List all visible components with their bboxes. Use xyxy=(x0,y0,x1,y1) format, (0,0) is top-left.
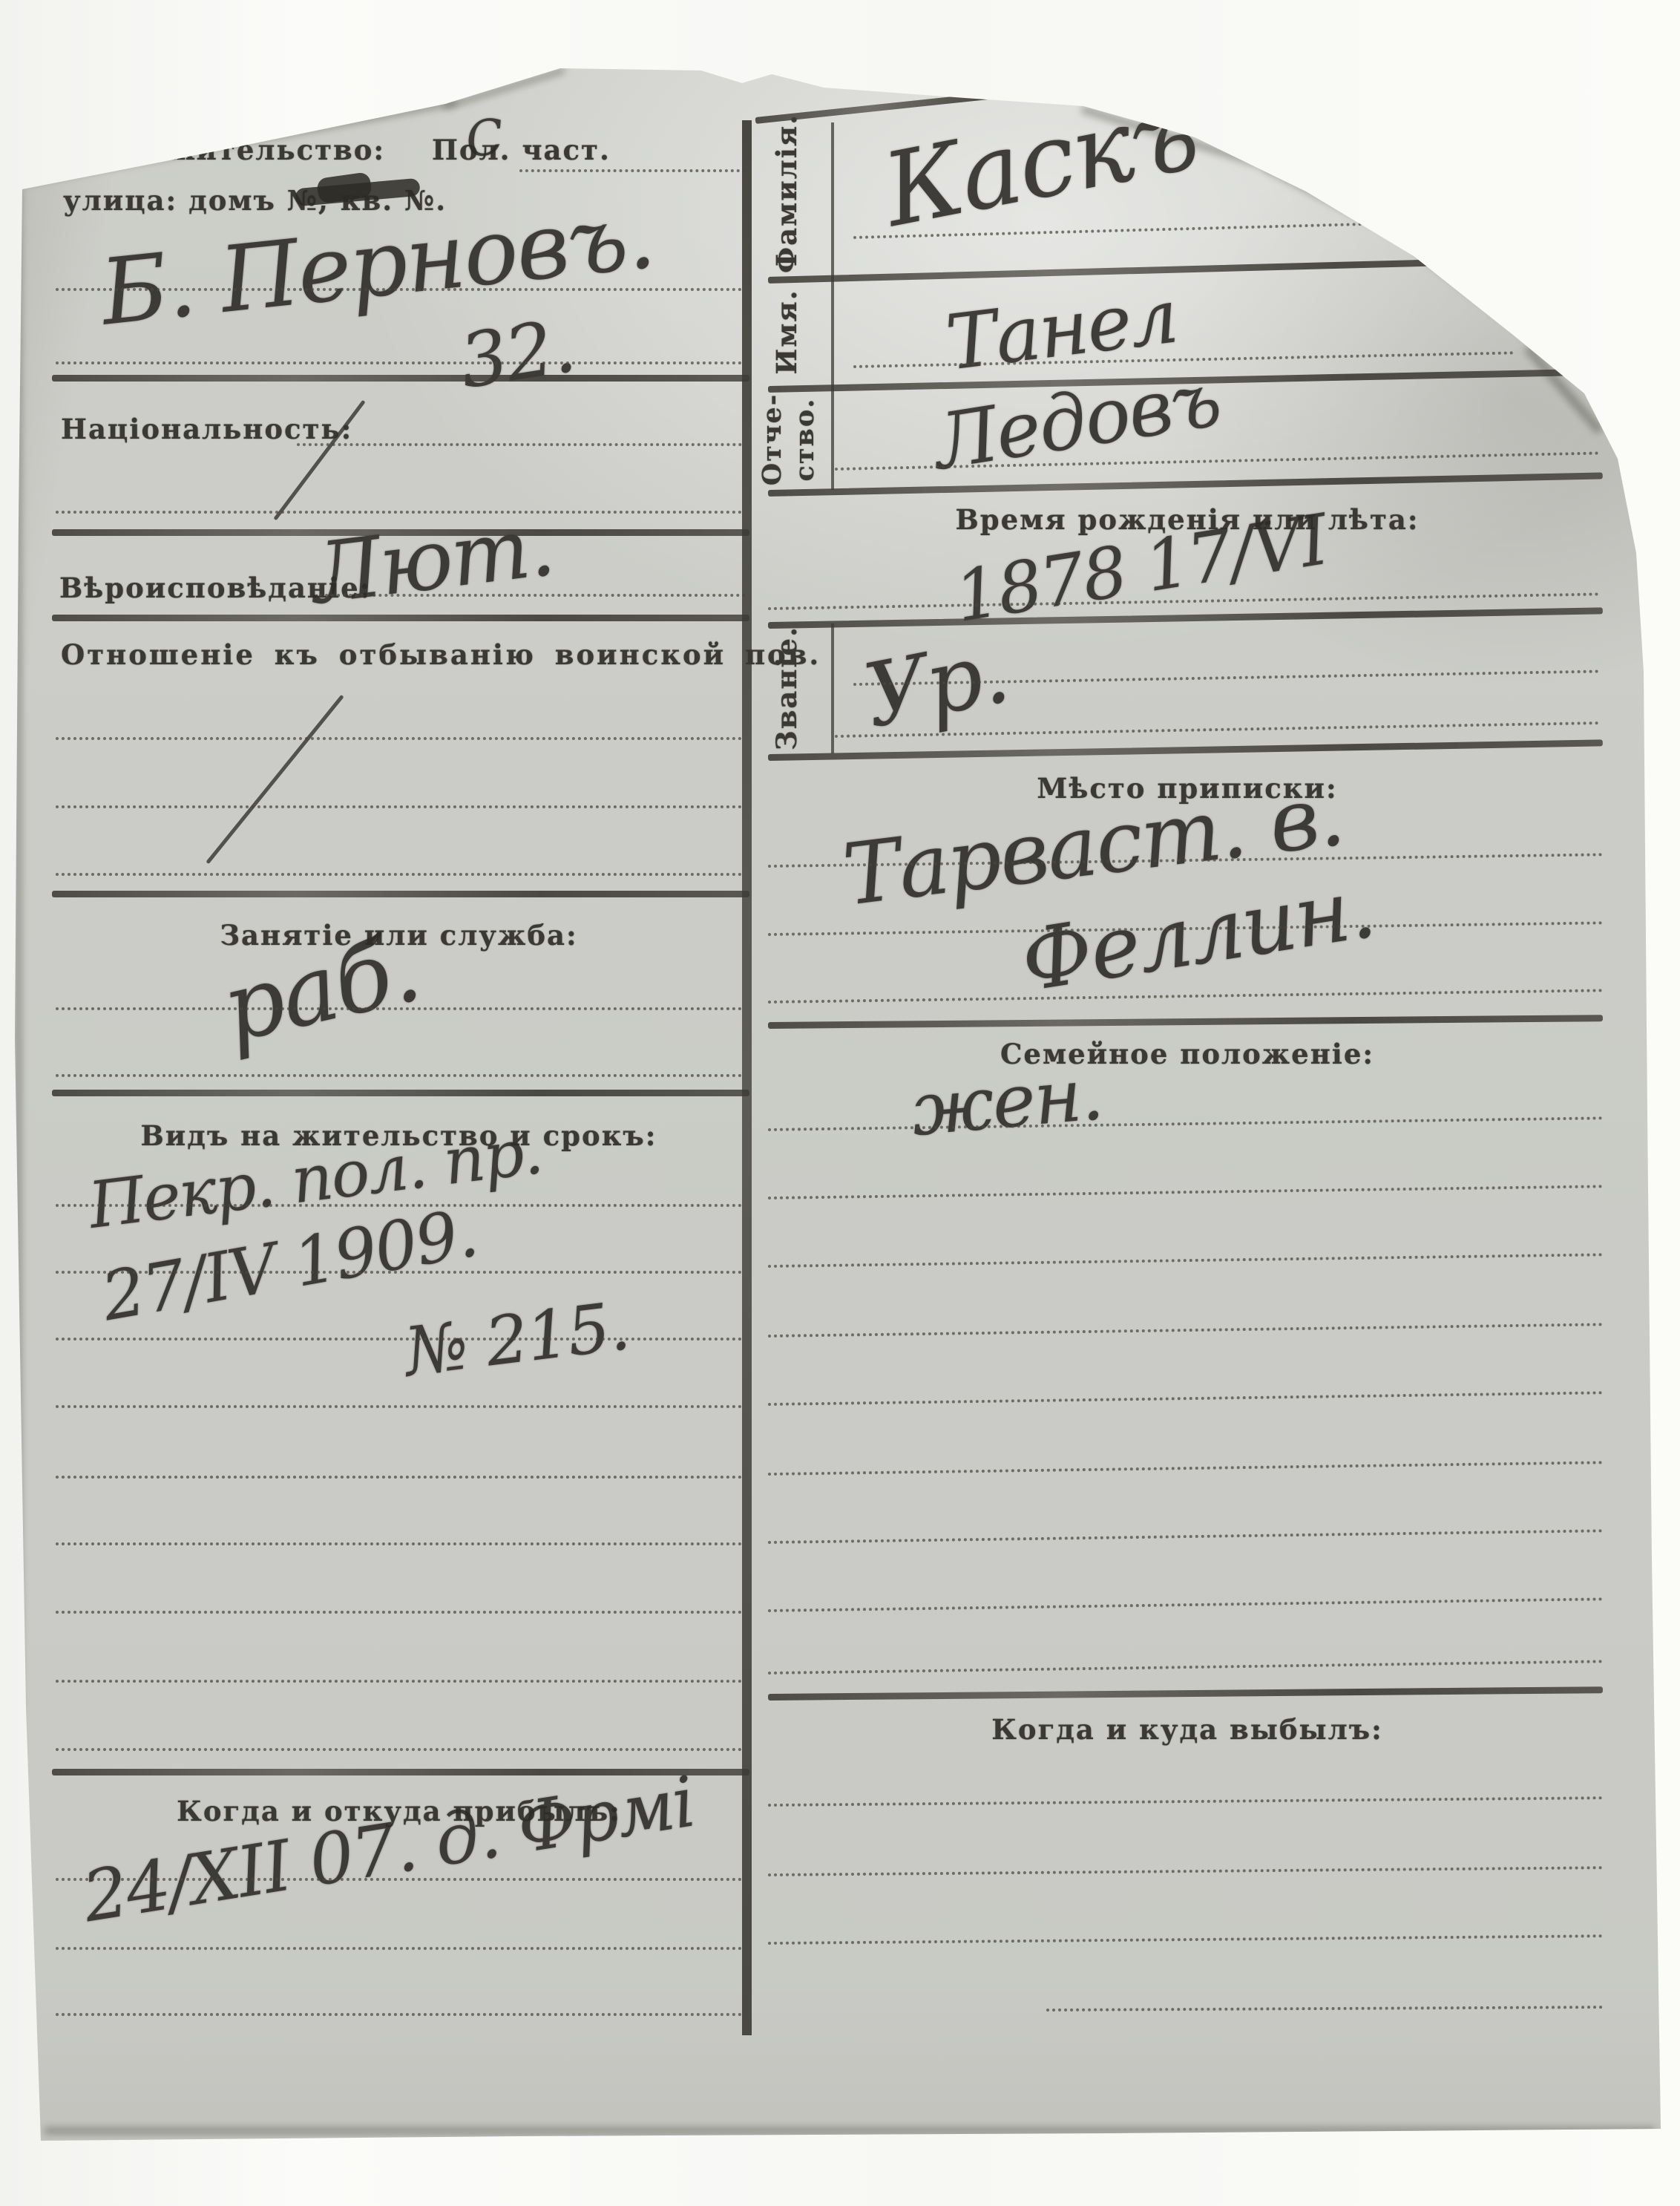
label-column-rule xyxy=(831,623,834,753)
dotted-fill-line xyxy=(768,1934,1603,1945)
departed-label: Когда и куда выбылъ: xyxy=(768,1713,1607,1746)
rank-label: Званіе. xyxy=(770,606,806,770)
dotted-fill-line xyxy=(56,1611,742,1614)
left-edge-shadow xyxy=(15,189,22,2138)
dotted-fill-line xyxy=(56,511,742,514)
column-divider-rule xyxy=(742,120,752,2035)
marital-value-handwriting: жен. xyxy=(908,1052,1106,1153)
marital-label: Семейное положеніе: xyxy=(768,1038,1607,1070)
section-rule xyxy=(52,1090,749,1096)
dotted-fill-line xyxy=(56,1748,742,1751)
dotted-fill-line xyxy=(56,1947,742,1950)
section-rule xyxy=(52,529,749,536)
section-rule xyxy=(768,1686,1603,1701)
dotted-fill-line xyxy=(768,1253,1603,1268)
patronymic-label: Отче- ство. xyxy=(756,376,821,503)
torn-corner-shadow xyxy=(1523,344,1603,434)
patronymic-label-line1: Отче- xyxy=(757,393,787,486)
residence-row: Мѣстожительство: Пол. част. xyxy=(58,134,611,166)
dotted-fill-line xyxy=(56,1338,742,1341)
dotted-fill-line xyxy=(56,1405,742,1408)
police-part-label: Пол. част. xyxy=(432,134,611,166)
torn-corner-shadow xyxy=(1416,247,1543,346)
section-rule xyxy=(768,472,1603,497)
dotted-fill-line xyxy=(56,1878,742,1881)
dotted-fill-line xyxy=(768,1529,1603,1544)
dotted-fill-line xyxy=(56,873,742,876)
section-rule xyxy=(768,255,1577,284)
dotted-fill-line xyxy=(519,169,746,172)
card-paper: Мѣстожительство: Пол. част. С улица: дом… xyxy=(0,0,1680,2206)
dotted-fill-line xyxy=(768,989,1603,1004)
religion-value-handwriting: Лют. xyxy=(306,498,558,623)
police-part-value-handwriting: С xyxy=(463,108,505,169)
fold-crease-shadow xyxy=(443,67,565,109)
dotted-fill-line xyxy=(768,1597,1603,1612)
section-rule xyxy=(52,1769,749,1775)
dotted-fill-line xyxy=(768,1185,1603,1199)
dotted-fill-line xyxy=(56,2013,742,2016)
dotted-fill-line xyxy=(56,288,742,291)
dotted-fill-line xyxy=(56,1680,742,1683)
label-column-rule xyxy=(831,122,834,490)
dotted-fill-line xyxy=(56,1542,742,1545)
nationality-label: Національность: xyxy=(61,413,352,445)
dotted-fill-line xyxy=(56,361,742,364)
dotted-fill-line xyxy=(56,1007,742,1010)
residence-label: Мѣстожительство: xyxy=(58,134,385,166)
dotted-fill-line xyxy=(297,443,742,446)
section-rule xyxy=(52,375,749,382)
dotted-fill-line xyxy=(56,1271,742,1274)
address-value-line2-handwriting: 32. xyxy=(454,302,580,406)
dotted-fill-line xyxy=(768,1323,1603,1338)
dotted-fill-line xyxy=(768,1660,1603,1675)
arrived-value-handwriting: 24/XII 07. д. Фрмі xyxy=(78,1762,700,1939)
dotted-fill-line xyxy=(56,805,742,808)
section-rule xyxy=(52,615,749,621)
dotted-fill-line xyxy=(768,1461,1603,1476)
dotted-fill-line xyxy=(56,1074,742,1077)
dotted-fill-line xyxy=(1046,2006,1603,2012)
dotted-fill-line xyxy=(56,1204,742,1207)
patronymic-label-line2: ство. xyxy=(790,398,820,482)
section-rule xyxy=(768,607,1603,629)
bottom-edge-shadow xyxy=(45,2127,1655,2134)
military-duty-label: Отношеніе къ отбыванію воинской пов. xyxy=(61,638,821,671)
dotted-fill-line xyxy=(768,1866,1603,1876)
dotted-fill-line xyxy=(768,1796,1603,1807)
torn-corner-shadow xyxy=(1263,163,1423,249)
dotted-fill-line xyxy=(319,594,746,597)
section-rule xyxy=(768,1015,1603,1029)
surname-label: Фамилія. xyxy=(770,125,806,273)
dotted-fill-line xyxy=(768,1391,1603,1406)
pen-slash xyxy=(206,695,344,865)
scanned-document: Мѣстожительство: Пол. част. С улица: дом… xyxy=(0,0,1680,2206)
dotted-fill-line xyxy=(768,1116,1603,1131)
dotted-fill-line xyxy=(56,737,742,740)
dotted-fill-line xyxy=(56,1476,742,1479)
section-rule xyxy=(52,891,749,897)
